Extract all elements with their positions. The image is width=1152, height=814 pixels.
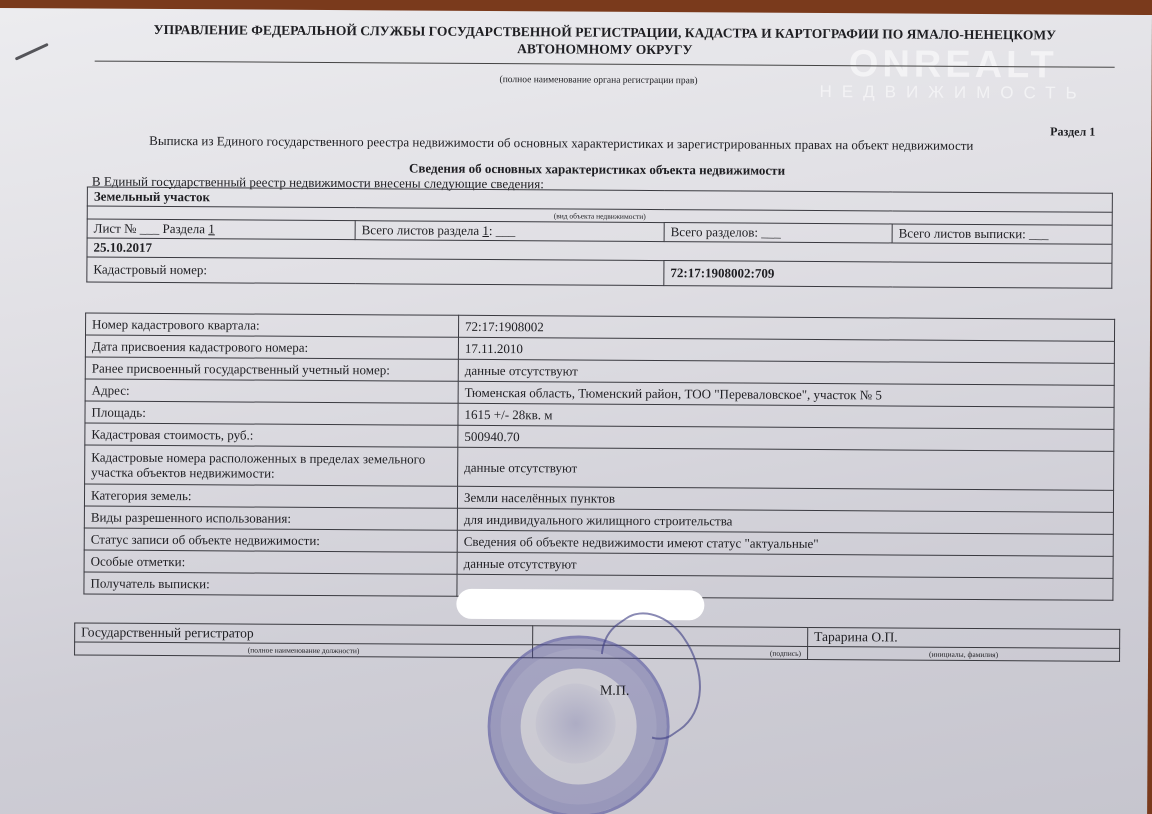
row-label: Ранее присвоенный государственный учетны…	[85, 357, 458, 381]
object-header-table: Земельный участок (вид объекта недвижимо…	[86, 187, 1113, 289]
row-label: Получатель выписки:	[84, 572, 457, 596]
extract-title: Выписка из Единого государственного реес…	[149, 133, 973, 154]
sheet-label: Лист № ___ Раздела	[94, 221, 206, 237]
row-label: Дата присвоения кадастрового номера:	[85, 335, 458, 359]
row-label: Статус записи об объекте недвижимости:	[84, 528, 457, 552]
registrar-name: Тарарина О.П.	[808, 627, 1120, 648]
seal-label: М.П.	[600, 684, 630, 700]
sheet-section: 1	[208, 221, 215, 236]
total-sheets: Всего листов раздела 1: ___	[355, 221, 664, 242]
row-label: Категория земель:	[84, 484, 457, 508]
cadastral-label: Кадастровый номер:	[87, 257, 664, 286]
row-label: Площадь:	[85, 401, 458, 425]
watermark-sub: НЕДВИЖИМОСТЬ	[819, 82, 1086, 104]
row-label: Номер кадастрового квартала:	[86, 313, 459, 337]
total-sheets-suffix: : ___	[489, 223, 515, 238]
total-sections: Всего разделов: ___	[664, 223, 892, 243]
org-name: УПРАВЛЕНИЕ ФЕДЕРАЛЬНОЙ СЛУЖБЫ ГОСУДАРСТВ…	[120, 21, 1090, 61]
row-label: Особые отметки:	[84, 550, 457, 574]
position-caption: (полное наименование должности)	[75, 642, 533, 658]
total-sheets-label: Всего листов раздела	[362, 222, 480, 238]
cadastral-number: 72:17:1908002:709	[664, 261, 1112, 289]
paper-crease	[15, 43, 49, 61]
name-caption: (инициалы, фамилия)	[808, 646, 1120, 661]
row-value: данные отсутствуют	[458, 447, 1114, 490]
row-label: Адрес:	[85, 379, 458, 403]
sheet-number: Лист № ___ Раздела 1	[87, 219, 355, 240]
table-row: Кадастровые номера расположенных в преде…	[85, 445, 1114, 490]
row-label: Кадастровая стоимость, руб.:	[85, 423, 458, 447]
row-label: Кадастровые номера расположенных в преде…	[85, 445, 458, 486]
section-label: Раздел 1	[1050, 124, 1095, 139]
document-sheet: ONREALT НЕДВИЖИМОСТЬ УПРАВЛЕНИЕ ФЕДЕРАЛЬ…	[0, 8, 1152, 814]
org-caption: (полное наименование органа регистрации …	[500, 75, 698, 86]
characteristics-table: Номер кадастрового квартала: 72:17:19080…	[83, 313, 1115, 601]
total-extract-sheets: Всего листов выписки: ___	[892, 224, 1112, 244]
redacted-recipient	[456, 589, 704, 621]
row-label: Виды разрешенного использования:	[84, 506, 457, 530]
